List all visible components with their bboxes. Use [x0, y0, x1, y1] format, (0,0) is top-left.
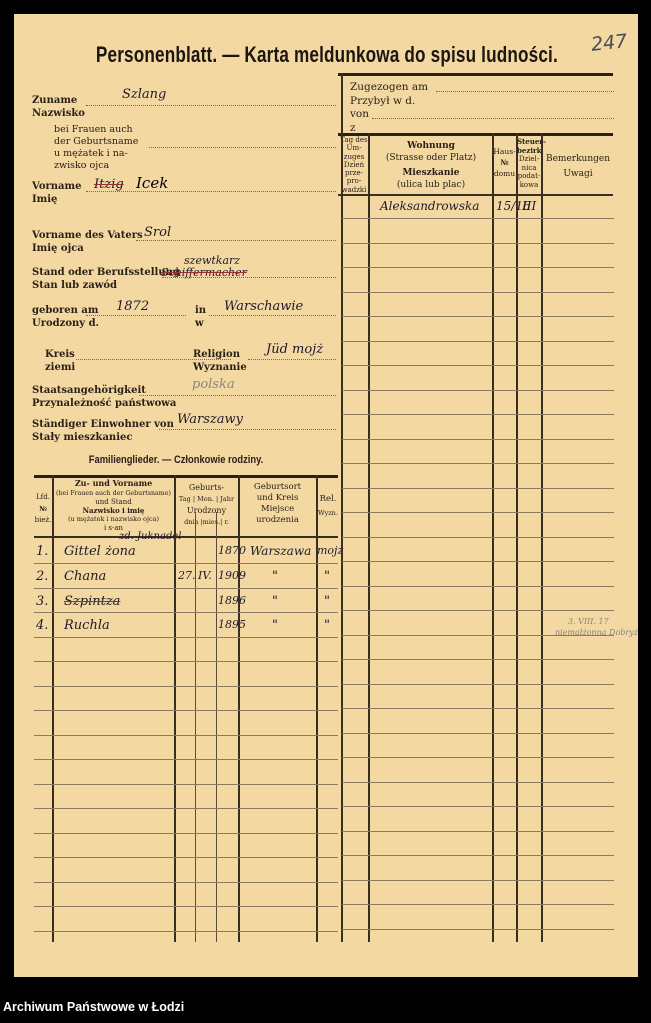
catalog-number: 247	[590, 30, 628, 56]
birthplace-value: Warschawie	[224, 299, 303, 314]
residence-district: III	[522, 199, 536, 213]
header-residence: Wohnung (Strasse oder Platz) Mieszkanie …	[370, 140, 492, 191]
member-4-year: 1895	[218, 618, 246, 631]
member-2-number: 2.	[36, 569, 48, 584]
header-move-day: Tag desUm-zugesDzieńprzе-pro-wadzki	[340, 136, 368, 194]
header-birthplace: Geburtsortund KreisMiejsceurodzenia	[239, 482, 316, 526]
registration-card: Personenblatt. — Karta meldunkowa do spi…	[14, 14, 638, 977]
header-lfd: Lfd.№bież.	[34, 492, 52, 526]
archive-footer: Archiwum Państwowe w Łodzi	[3, 1000, 184, 1014]
religion-label: ReligionWyznanie	[193, 348, 247, 374]
arrival-label: Zugezogen am Przybył w d. von z	[350, 81, 428, 135]
citizenship-label: StaatsangehörigkeitPrzynależność państwo…	[32, 384, 176, 410]
member-2-day: 27.	[178, 569, 196, 582]
member-3-religion: "	[324, 594, 330, 609]
header-birth-date: Geburts- Tag | Mon. | Jahr Urodzony dnia…	[175, 482, 238, 528]
birthplace-label: inw	[195, 304, 206, 330]
district-label: Kreisziemi	[45, 348, 75, 374]
family-heading: Familienglieder. — Członkowie rodziny.	[38, 454, 313, 467]
member-4-name: Ruchla	[64, 618, 110, 633]
member-1-name: Gittel żona	[64, 544, 136, 559]
member-1-year: 1870	[218, 544, 246, 557]
header-religion: Rel.Wyzn.	[317, 492, 339, 520]
father-name-label: Vorname des VatersImię ojca	[32, 229, 143, 255]
father-name-value: Srol	[144, 225, 171, 240]
member-1-number: 1.	[36, 544, 48, 559]
remark-date: 3. VIII. 17	[568, 617, 609, 626]
header-tax-district: Steuer-bezirkDziel-nicapodat-kowa	[517, 138, 541, 190]
member-4-religion: "	[324, 618, 330, 633]
member-4-number: 4.	[36, 618, 48, 633]
given-name-value: Icek	[136, 174, 168, 192]
maiden-name-label: bei Frauen auch der Geburtsname u mężate…	[54, 124, 138, 172]
header-name: Zu- und Vorname (bei Frauen auch der Geb…	[53, 479, 174, 533]
surname-value: Szlang	[122, 87, 166, 102]
header-house-number: Haus-№domu	[493, 146, 516, 179]
religion-value: Jüd mojż	[266, 342, 323, 357]
header-remarks: BemerkungenUwagi	[542, 152, 614, 182]
member-2-year: 1909	[218, 569, 246, 582]
member-4-place: "	[272, 618, 278, 633]
resident-label: Ständiger Einwohner vonStały mieszkaniec	[32, 418, 174, 444]
member-3-name: Szpintza	[64, 594, 120, 609]
given-name-label: VornameImię	[32, 180, 81, 206]
residence-street: Aleksandrowska	[380, 199, 479, 213]
member-1-religion: mojż	[317, 544, 343, 557]
occupation-struck: Schiffermacher	[161, 266, 247, 279]
member-3-number: 3.	[36, 594, 48, 609]
remark-text: niemałżonna Dobryź	[555, 628, 638, 637]
document-title: Personenblatt. — Karta meldunkowa do spi…	[84, 42, 571, 68]
birth-year-value: 1872	[116, 299, 149, 314]
member-3-year: 1896	[218, 594, 246, 607]
given-name-struck: Itzig	[94, 177, 124, 192]
birth-date-label: geboren amUrodzony d.	[32, 304, 99, 330]
member-2-place: "	[272, 569, 278, 584]
member-2-religion: "	[324, 569, 330, 584]
resident-value: Warszawy	[177, 412, 243, 427]
member-3-place: "	[272, 594, 278, 609]
surname-label: ZunameNazwisko	[32, 94, 85, 120]
member-1-place: Warszawa	[250, 544, 311, 558]
occupation-label: Stand oder BerufsstellungStan lub zawód	[32, 266, 180, 292]
member-2-name: Chana	[64, 569, 106, 584]
citizenship-value: polska	[192, 377, 235, 392]
member-2-month: IV.	[198, 569, 212, 582]
member-1-note: zd. Juknadel	[119, 531, 181, 542]
